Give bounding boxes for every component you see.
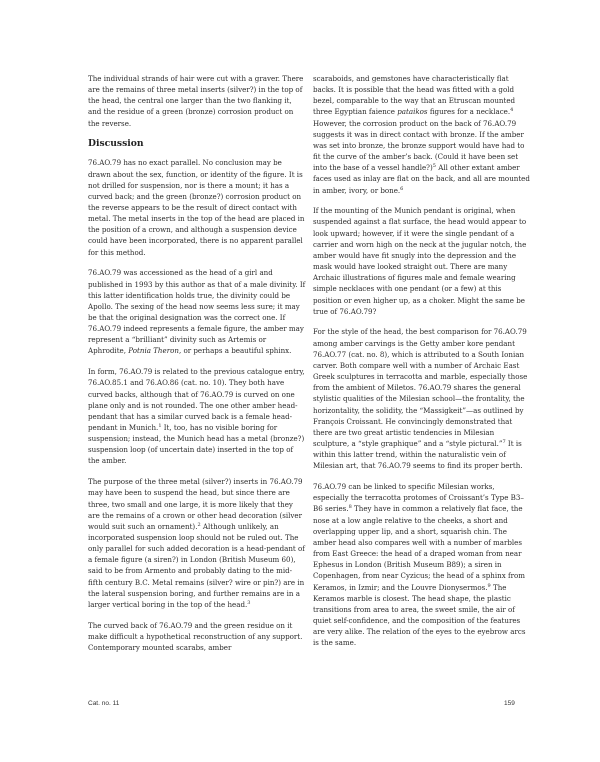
paragraph-text: 76.AO.79 was accessioned as the head of … (88, 268, 305, 355)
paragraph-text: If the mounting of the Munich pendant is… (313, 206, 526, 315)
paragraph-text: The Keramos marble is closest. The head … (313, 583, 526, 648)
footnote-ref[interactable]: 3 (247, 600, 250, 606)
paragraph: In form, 76.AO.79 is related to the prev… (88, 366, 306, 466)
right-column: scaraboids, and gemstones have character… (313, 73, 531, 658)
section-heading: Discussion (88, 138, 306, 150)
paragraph-text: figures for a necklace. (428, 107, 511, 116)
italic-term: Potnia Theron (128, 346, 179, 355)
footnote-ref[interactable]: 4 (510, 107, 513, 113)
paragraph: scaraboids, and gemstones have character… (313, 73, 531, 196)
footer-catalogue-label: Cat. no. 11 (88, 700, 119, 707)
paragraph: 76.AO.79 can be linked to specific Miles… (313, 481, 531, 648)
paragraph: For the style of the head, the best comp… (313, 326, 531, 471)
paragraph-text: For the style of the head, the best comp… (313, 327, 527, 448)
page-number: 159 (504, 700, 515, 707)
paragraph-text: The curved back of 76.AO.79 and the gree… (88, 621, 302, 652)
paragraph: 76.AO.79 was accessioned as the head of … (88, 267, 306, 356)
paragraph-text: The individual strands of hair were cut … (88, 74, 303, 128)
paragraph: The individual strands of hair were cut … (88, 73, 306, 129)
paragraph: 76.AO.79 has no exact parallel. No concl… (88, 157, 306, 257)
footnote-ref[interactable]: 6 (400, 186, 403, 192)
paragraph: The curved back of 76.AO.79 and the gree… (88, 620, 306, 653)
paragraph: The purpose of the three metal (silver?)… (88, 476, 306, 610)
document-page: The individual strands of hair were cut … (0, 0, 600, 762)
left-column: The individual strands of hair were cut … (88, 73, 306, 663)
paragraph-text: , or perhaps a beautiful sphinx. (179, 346, 292, 355)
paragraph: If the mounting of the Munich pendant is… (313, 205, 531, 317)
paragraph-text: 76.AO.79 has no exact parallel. No concl… (88, 158, 305, 256)
italic-term: pataikos (397, 107, 427, 116)
paragraph-text: Although unlikely, an incorporated suspe… (88, 522, 305, 609)
paragraph-text: They have in common a relatively flat fa… (313, 504, 525, 591)
